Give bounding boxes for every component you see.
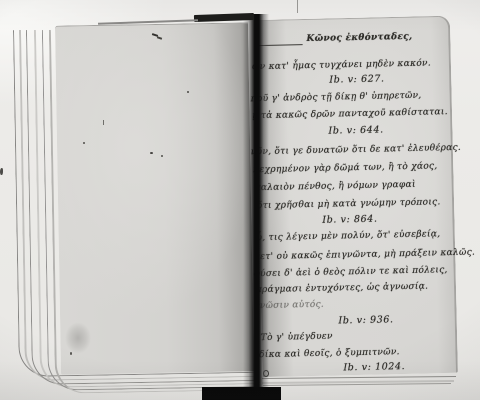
verse-citation: Ib. v: 1024. <box>343 361 405 373</box>
manuscript-line: ὅτι χρῆσθαι μὴ κατὰ γνώμην τρόποις. <box>257 197 441 211</box>
manuscript-line: ὧν κατ' ἦμας τυγχάνει μηδὲν κακόν. <box>252 58 431 72</box>
binding-crease <box>297 0 298 13</box>
verse-citation: Ib. v: 644. <box>328 124 383 136</box>
verse-citation: Ib. v: 627. <box>329 73 384 85</box>
manuscript-line: νῦν, ὅτι γε δυνατῶν ὅτι δε κατ' ἐλευθέρα… <box>251 143 461 157</box>
manuscript-line: δίκα καὶ θεοῖς, ὁ ξυμπιτνῶν. <box>259 347 400 360</box>
verse-citation: Ib. v: 936. <box>338 314 393 326</box>
ink-speck <box>0 168 3 175</box>
book-photograph: Κῶνος ἐκθόνταδες, ὧν κατ' ἦμας τυγχάνει … <box>0 0 480 400</box>
manuscript-line: ᾗ τἀ κακῶς δρῶν πανταχοῦ καθίσταται. <box>252 107 448 121</box>
ink-speck <box>83 142 85 144</box>
manuscript-line: κεχρημένον γὰρ δῶμά των, ἢ τὸ χάος, <box>253 161 437 175</box>
ink-smudge <box>60 316 96 360</box>
section-heading: Κῶνος ἐκθόνταδες, <box>306 32 412 44</box>
manuscript-line: Τὸ γ' ὑπέγδυεν <box>261 332 333 344</box>
manuscript-line: ποῦ γ' ἀνδρὸς τῇ δίκῃ θ' ὑπηρετῶν, <box>251 91 422 105</box>
ink-speck <box>161 155 163 157</box>
manuscript-line: παλαιὸν πένθος, ἢ νόμων γραφαὶ <box>255 180 416 193</box>
manuscript-text-block: Κῶνος ἐκθόνταδες, ὧν κατ' ἦμας τυγχάνει … <box>248 18 468 392</box>
manuscript-line: φύσει δ' ἀεὶ ὁ θεὸς πόλιν τε καὶ πόλεις, <box>253 265 447 279</box>
ink-speck <box>187 91 189 93</box>
ink-speck <box>103 120 105 125</box>
manuscript-line: μετ' οὐ κακῶς ἐπιγνῶντα, μὴ πράξειν καλῶ… <box>254 248 475 263</box>
manuscript-line: πράγμασι ἐντυχόντες, ὡς ἀγνωσίᾳ. <box>256 282 429 296</box>
binding-tail <box>202 387 281 400</box>
verse-citation: Ib. v: 864. <box>322 214 377 226</box>
book-gutter-shadow <box>243 14 269 400</box>
manuscript-line: ᾧ, τις λέγειν μὲν πολύν, ὅτ' εὐσεβείᾳ, <box>255 229 441 243</box>
ink-speck <box>70 352 72 355</box>
ink-speck <box>150 152 153 154</box>
